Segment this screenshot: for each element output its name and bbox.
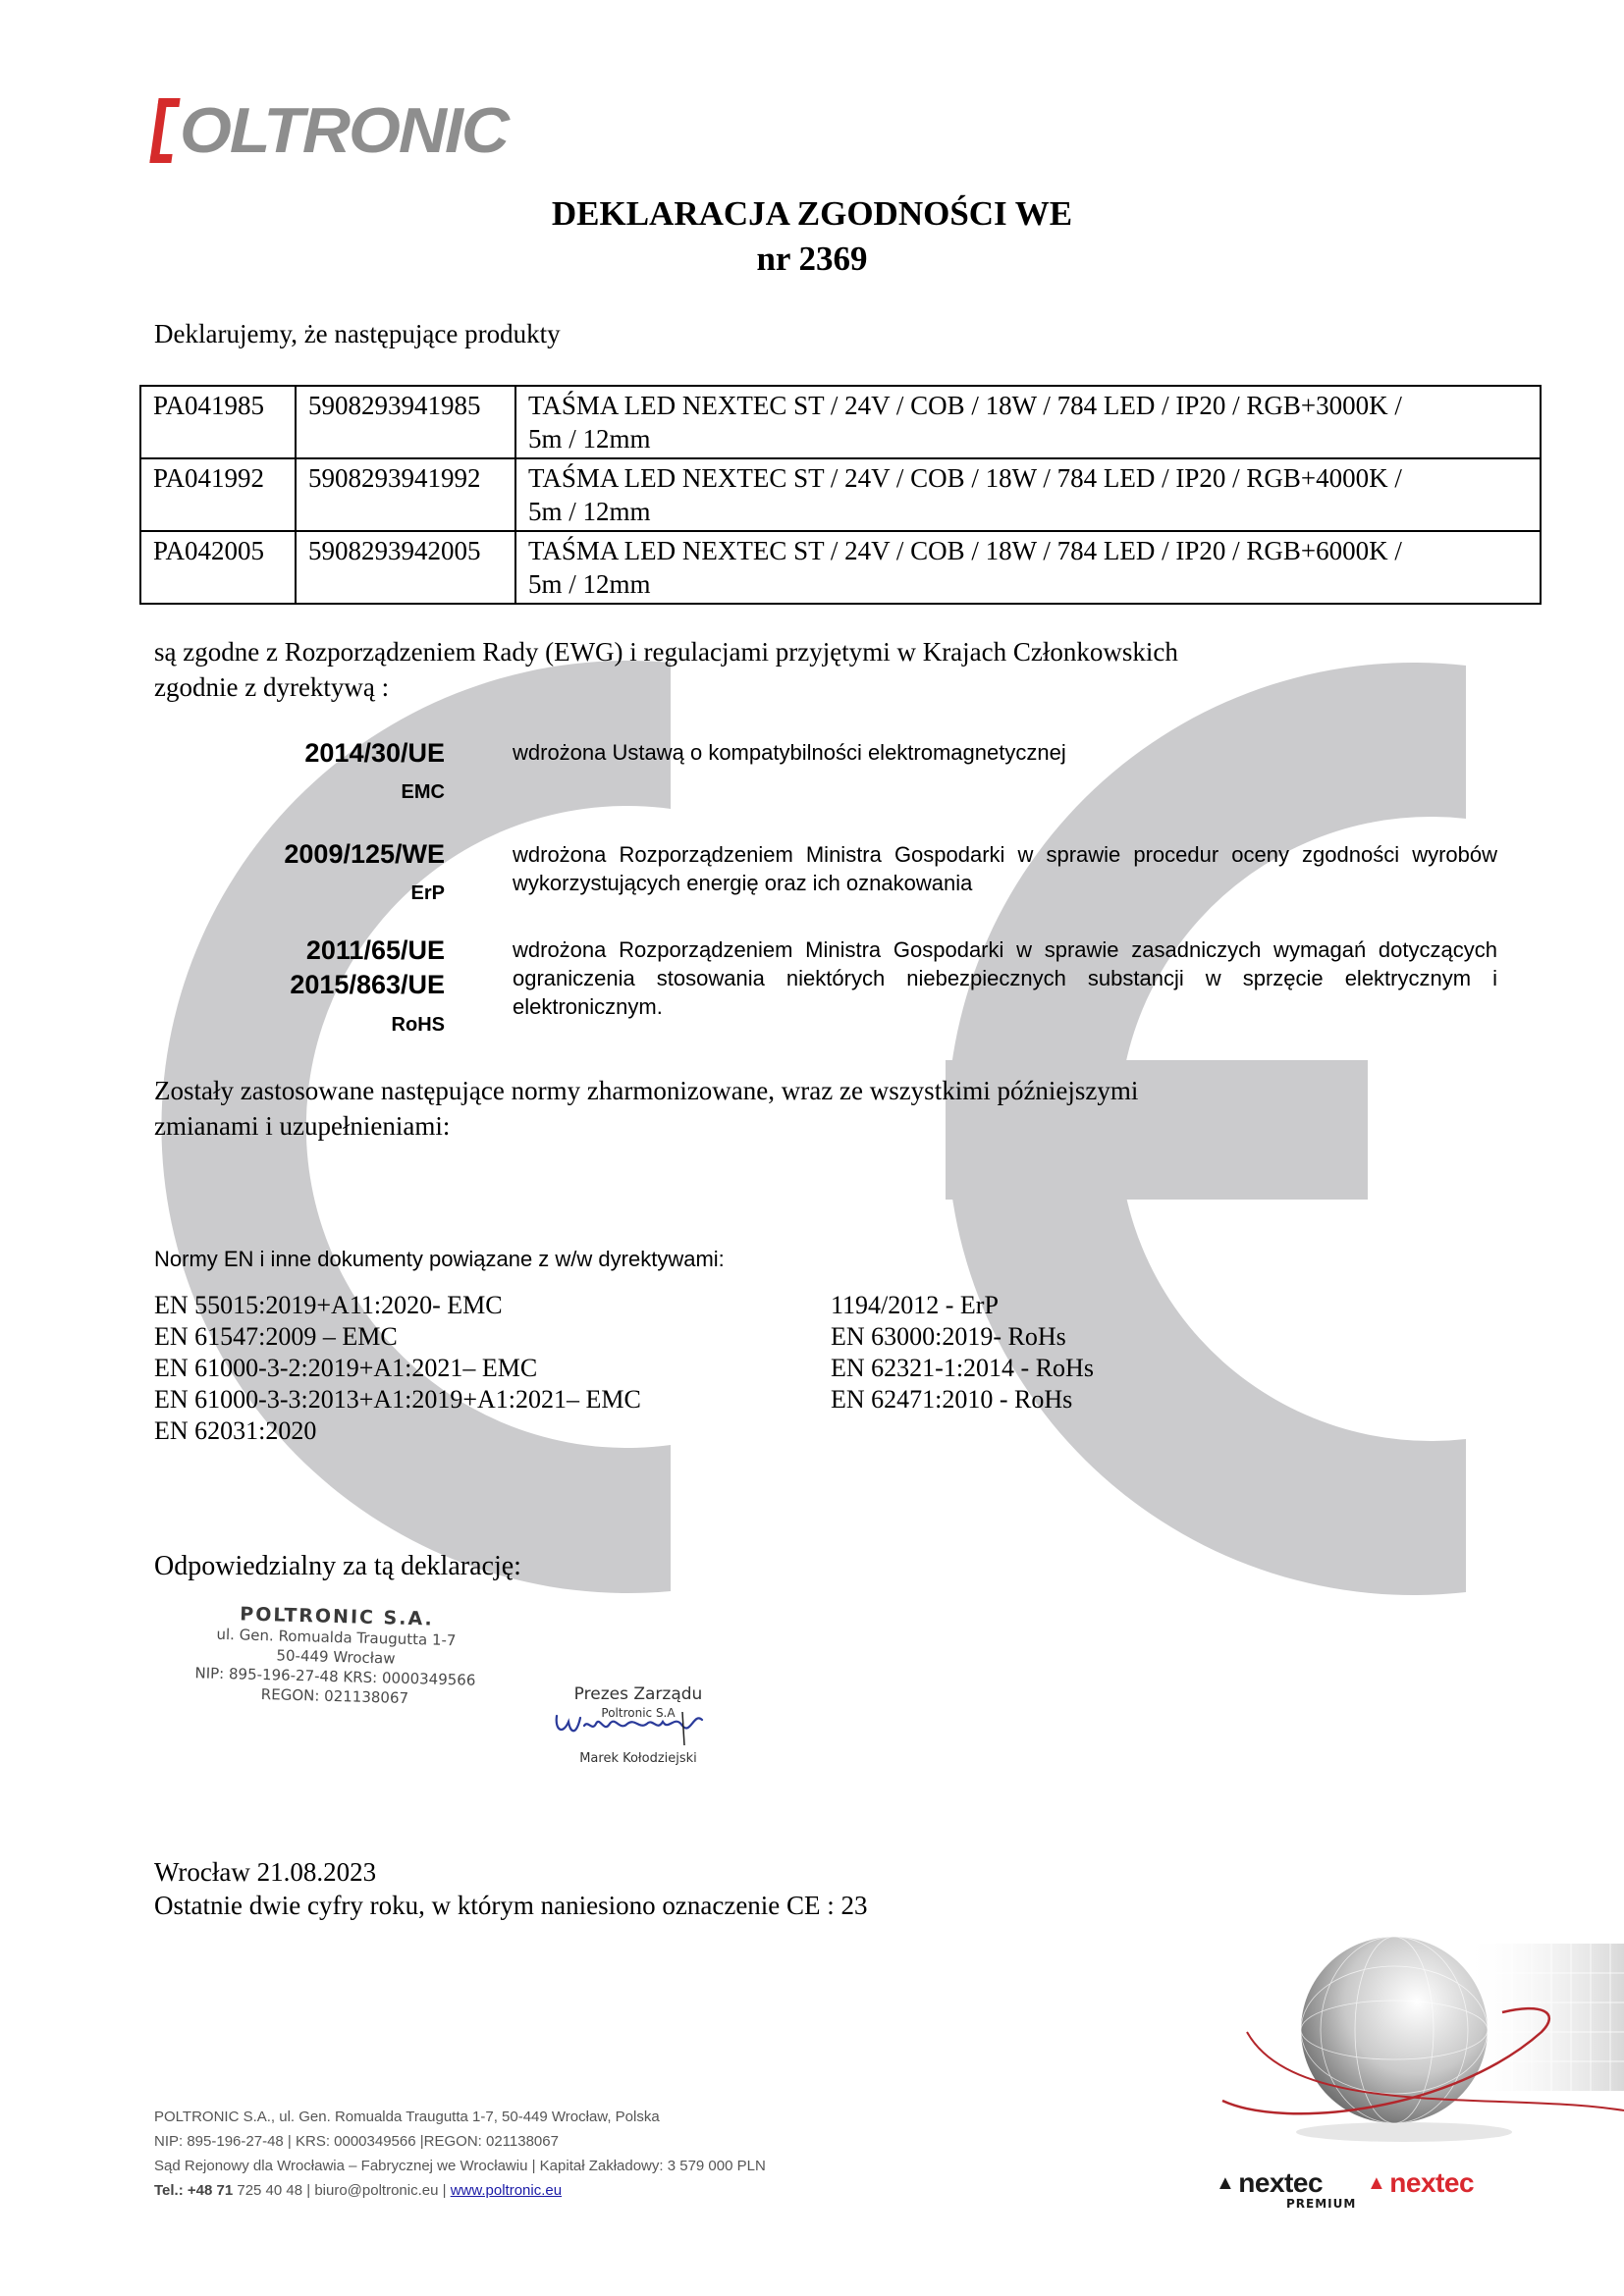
directive-description: wdrożona Ustawą o kompatybilności elektr… [513, 738, 1497, 767]
directive-code: 2011/65/UE [306, 935, 445, 966]
norms-list-right: 1194/2012 - ErP EN 63000:2019- RoHs EN 6… [831, 1290, 1094, 1415]
product-ean: 5908293941992 [296, 458, 515, 531]
document-title: DEKLARACJA ZGODNOŚCI WE [0, 194, 1624, 234]
directive-short: EMC [402, 781, 445, 804]
table-row: PA042005 5908293942005 TAŚMA LED NEXTEC … [140, 531, 1541, 604]
table-row: PA041992 5908293941992 TAŚMA LED NEXTEC … [140, 458, 1541, 531]
product-description: TAŚMA LED NEXTEC ST / 24V / COB / 18W / … [515, 458, 1541, 531]
directive-code: 2009/125/WE [284, 839, 445, 870]
nextec-logo: ▲nextec [1367, 2167, 1474, 2199]
nextec-triangle-icon: ▲ [1367, 2172, 1385, 2194]
norms-list-left: EN 55015:2019+A11:2020- EMC EN 61547:200… [154, 1290, 641, 1447]
product-code: PA041985 [140, 386, 296, 458]
norms-heading: Normy EN i inne dokumenty powiązane z w/… [154, 1247, 725, 1272]
signer-name: Marek Kołodziejski [545, 1751, 731, 1766]
norm-item: EN 61547:2009 – EMC [154, 1321, 641, 1353]
norm-item: EN 62321-1:2014 - RoHs [831, 1353, 1094, 1384]
logo-wordmark: OLTRONIC [180, 99, 508, 163]
footer-court: Sąd Rejonowy dla Wrocławia – Fabrycznej … [154, 2154, 766, 2178]
product-code: PA042005 [140, 531, 296, 604]
footer-registration: NIP: 895-196-27-48 | KRS: 0000349566 |RE… [154, 2129, 766, 2154]
nextec-premium-logo: ▲nextec PREMIUM [1216, 2167, 1323, 2199]
products-table: PA041985 5908293941985 TAŚMA LED NEXTEC … [139, 385, 1542, 605]
table-row: PA041985 5908293941985 TAŚMA LED NEXTEC … [140, 386, 1541, 458]
directive-code: 2014/30/UE [304, 738, 445, 769]
directive-description: wdrożona Rozporządzeniem Ministra Gospod… [513, 935, 1497, 1021]
footer-contact: Tel.: +48 71 725 40 48 | biuro@poltronic… [154, 2178, 766, 2203]
poltronic-logo: OLTRONIC [154, 96, 508, 165]
product-code: PA041992 [140, 458, 296, 531]
norm-item: EN 62031:2020 [154, 1415, 641, 1447]
directive-short: RoHS [392, 1014, 445, 1037]
footer: POLTRONIC S.A., ul. Gen. Romualda Traugu… [154, 2105, 766, 2203]
premium-label: PREMIUM [1286, 2197, 1356, 2211]
directive-code: 2015/863/UE [290, 970, 445, 1000]
globe-illustration-icon [1208, 1924, 1624, 2150]
signature-block: Prezes Zarządu Poltronic S.A Marek Kołod… [545, 1684, 731, 1766]
document-page: OLTRONIC DEKLARACJA ZGODNOŚCI WE nr 2369… [0, 0, 1624, 2296]
place-date: Wrocław 21.08.2023 [154, 1855, 868, 1889]
website-link[interactable]: www.poltronic.eu [451, 2182, 562, 2199]
signer-role: Prezes Zarządu [545, 1684, 731, 1704]
ce-year-note: Ostatnie dwie cyfry roku, w którym nanie… [154, 1889, 868, 1922]
handwritten-signature-icon [545, 1720, 731, 1751]
norm-item: 1194/2012 - ErP [831, 1290, 1094, 1321]
product-ean: 5908293942005 [296, 531, 515, 604]
responsible-label: Odpowiedzialny za tą deklarację: [154, 1551, 521, 1582]
nextec-triangle-icon: ▲ [1216, 2172, 1234, 2194]
product-description: TAŚMA LED NEXTEC ST / 24V / COB / 18W / … [515, 386, 1541, 458]
norm-item: EN 62471:2010 - RoHs [831, 1384, 1094, 1415]
product-description: TAŚMA LED NEXTEC ST / 24V / COB / 18W / … [515, 531, 1541, 604]
directive-description: wdrożona Rozporządzeniem Ministra Gospod… [513, 840, 1497, 897]
norm-item: EN 55015:2019+A11:2020- EMC [154, 1290, 641, 1321]
conformity-statement: są zgodne z Rozporządzeniem Rady (EWG) i… [154, 634, 1178, 705]
product-ean: 5908293941985 [296, 386, 515, 458]
norm-item: EN 63000:2019- RoHs [831, 1321, 1094, 1353]
footer-address: POLTRONIC S.A., ul. Gen. Romualda Traugu… [154, 2105, 766, 2129]
company-stamp: POLTRONIC S.A. ul. Gen. Romualda Traugut… [168, 1602, 505, 1711]
place-date-block: Wrocław 21.08.2023 Ostatnie dwie cyfry r… [154, 1855, 868, 1922]
norm-item: EN 61000-3-3:2013+A1:2019+A1:2021– EMC [154, 1384, 641, 1415]
declaration-number: nr 2369 [0, 240, 1624, 279]
harmonized-statement: Zostały zastosowane następujące normy zh… [154, 1073, 1138, 1144]
intro-text: Deklarujemy, że następujące produkty [154, 319, 561, 349]
directive-short: ErP [411, 882, 445, 905]
norm-item: EN 61000-3-2:2019+A1:2021– EMC [154, 1353, 641, 1384]
